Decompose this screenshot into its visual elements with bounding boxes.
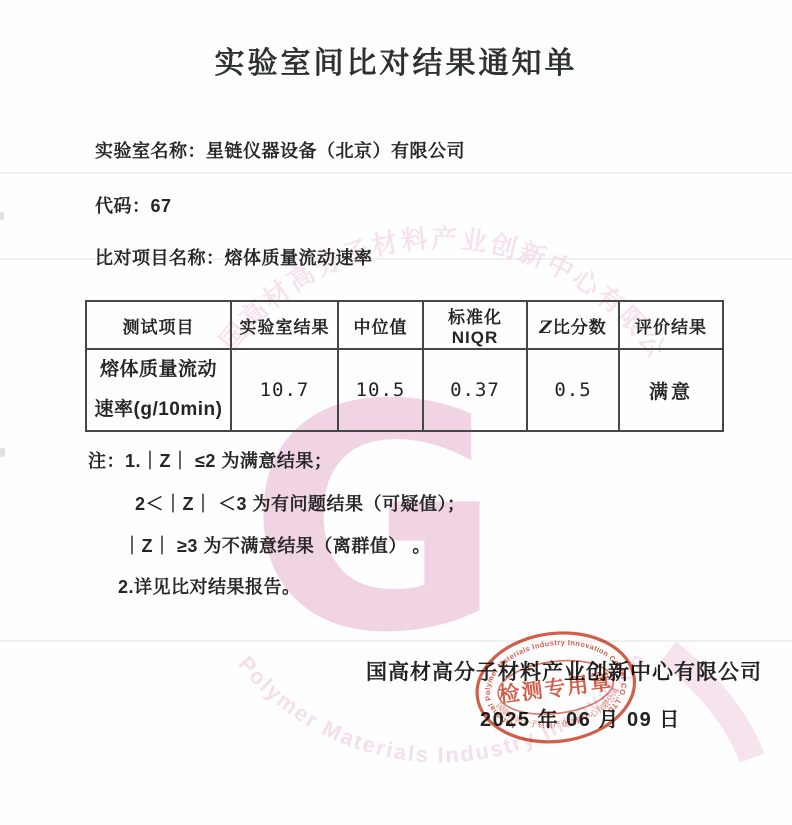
header-evaluation: 评价结果	[619, 301, 723, 349]
code-label: 代码：	[95, 196, 151, 216]
code-value: 67	[151, 196, 172, 216]
note-line-3: ｜Z｜ ≥3 为不满意结果（离群值） 。	[123, 532, 466, 558]
cell-lab-result: 10.7	[231, 349, 338, 431]
header-test-item: 测试项目	[86, 301, 231, 349]
cell-test-item: 熔体质量流动 速率(g/10min)	[86, 349, 231, 431]
field-code: 代码：67	[95, 192, 172, 218]
page-title: 实验室间比对结果通知单	[0, 38, 792, 82]
test-item-line1: 熔体质量流动	[87, 350, 230, 390]
header-median: 中位值	[338, 301, 423, 349]
note-line-4: 2.详见比对结果报告。	[118, 573, 466, 599]
lab-name-label: 实验室名称：	[95, 141, 206, 161]
table-row: 熔体质量流动 速率(g/10min) 10.7 10.5 0.37 0.5 满意	[86, 349, 723, 431]
project-label: 比对项目名称：	[95, 248, 225, 268]
table-header-row: 测试项目 实验室结果 中位值 标准化 NIQR Z比分数 评价结果	[86, 301, 723, 349]
project-value: 熔体质量流动速率	[225, 248, 373, 268]
issuing-company-name: 国高材高分子材料产业创新中心有限公司	[366, 656, 762, 686]
cell-median: 10.5	[338, 349, 423, 431]
header-lab-result: 实验室结果	[231, 301, 338, 349]
notes-block: 注：1.｜Z｜ ≤2 为满意结果； 2＜｜Z｜ ＜3 为有问题结果（可疑值）； …	[88, 447, 466, 599]
field-lab-name: 实验室名称：星链仪器设备（北京）有限公司	[95, 137, 465, 163]
header-z-score: Z比分数	[527, 301, 619, 349]
comparison-result-table: 测试项目 实验室结果 中位值 标准化 NIQR Z比分数 评价结果 熔体质量流动…	[85, 300, 724, 432]
cell-z-score: 0.5	[527, 349, 619, 431]
issue-date: 2025 年 06 月 09 日	[480, 703, 681, 732]
notification-sheet: G 国高材高分子材料产业创新中心有限公司 Polymer Materials I…	[0, 0, 792, 825]
note-line-2: 2＜｜Z｜ ＜3 为有问题结果（可疑值）；	[135, 490, 466, 516]
cell-niqr: 0.37	[423, 349, 527, 431]
lab-name-value: 星链仪器设备（北京）有限公司	[206, 141, 465, 161]
field-project-name: 比对项目名称：熔体质量流动速率	[95, 244, 373, 270]
document-content: 实验室间比对结果通知单 实验室名称：星链仪器设备（北京）有限公司 代码：67 比…	[0, 0, 792, 825]
cell-evaluation: 满意	[619, 349, 723, 431]
test-item-line2: 速率(g/10min)	[87, 390, 230, 430]
header-niqr: 标准化 NIQR	[423, 301, 527, 349]
note-line-1: 注：1.｜Z｜ ≤2 为满意结果；	[88, 447, 466, 473]
